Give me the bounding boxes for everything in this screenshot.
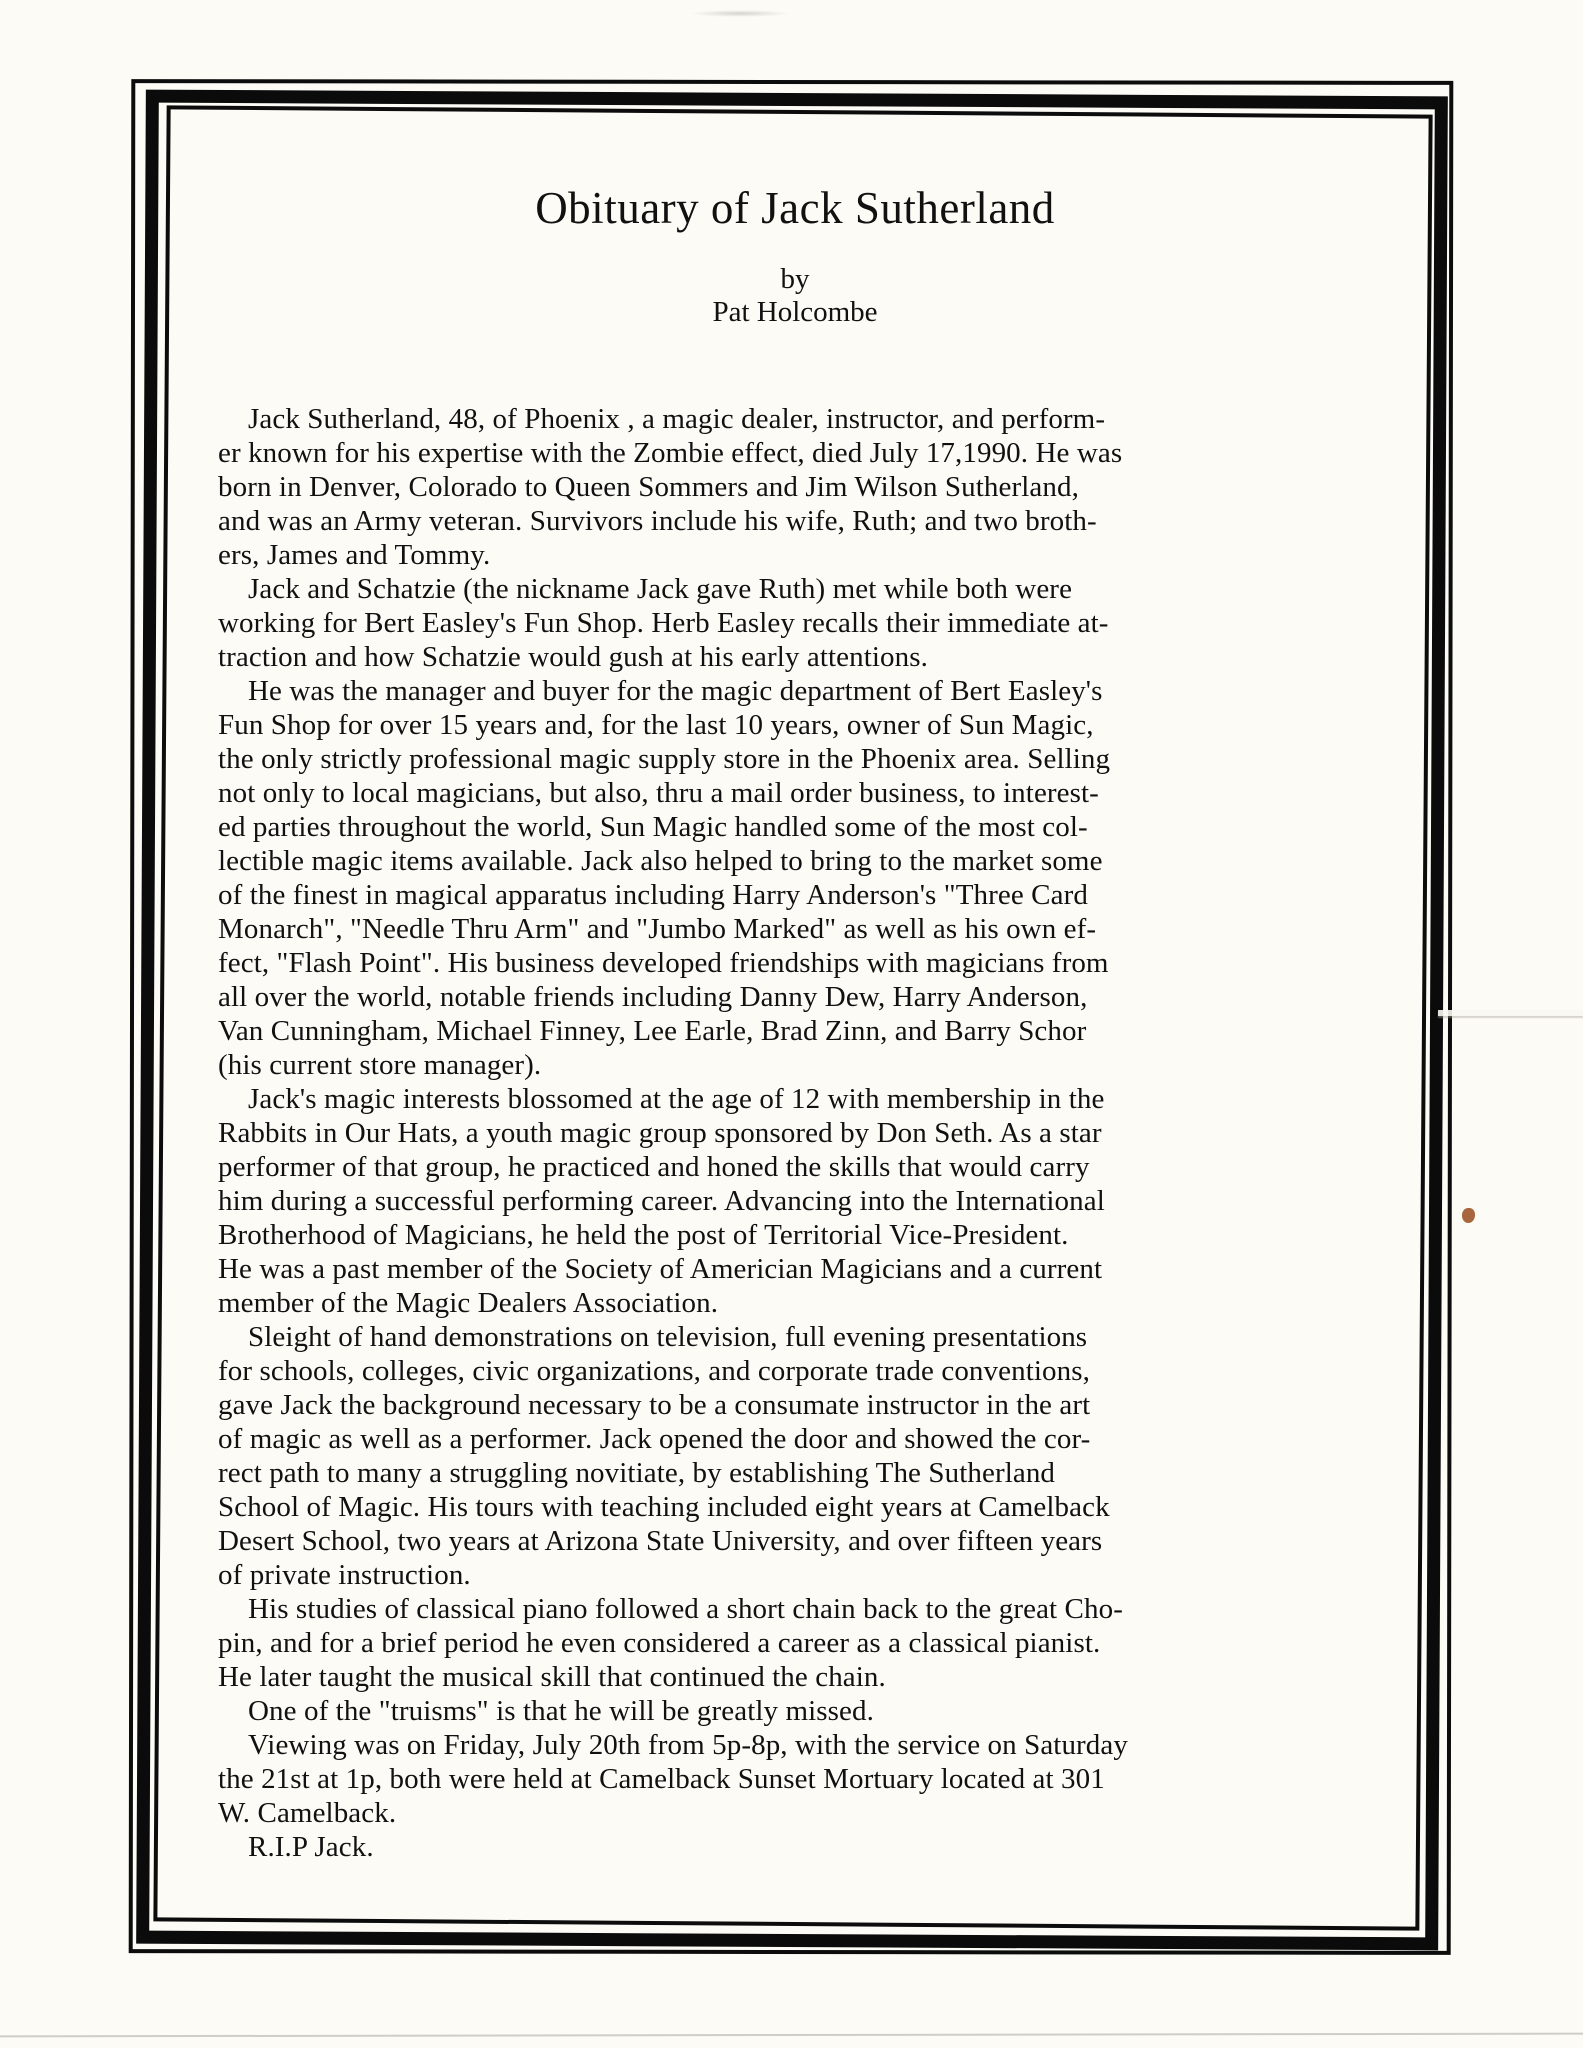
obituary-body: Jack Sutherland, 48, of Phoenix , a magi… bbox=[218, 402, 1322, 1864]
obituary-paragraph-8: Viewing was on Friday, July 20th from 5p… bbox=[218, 1728, 1322, 1830]
scanned-obituary-page: Obituary of Jack Sutherland by Pat Holco… bbox=[0, 0, 1583, 2048]
byline-prefix: by bbox=[220, 263, 1370, 296]
obituary-paragraph-3: He was the manager and buyer for the mag… bbox=[218, 674, 1322, 1082]
ink-speck bbox=[1462, 1208, 1475, 1223]
obituary-paragraph-1: Jack Sutherland, 48, of Phoenix , a magi… bbox=[218, 402, 1322, 572]
scan-fold-streak bbox=[1438, 1010, 1583, 1016]
obituary-paragraph-4: Jack's magic interests blossomed at the … bbox=[218, 1082, 1322, 1320]
obituary-paragraph-5: Sleight of hand demonstrations on televi… bbox=[218, 1320, 1322, 1592]
scan-smudge bbox=[690, 10, 790, 17]
obituary-paragraph-2: Jack and Schatzie (the nickname Jack gav… bbox=[218, 572, 1322, 674]
obituary-paragraph-9: R.I.P Jack. bbox=[218, 1830, 1322, 1864]
author-name: Pat Holcombe bbox=[220, 296, 1370, 329]
obituary-paragraph-7: One of the "truisms" is that he will be … bbox=[218, 1694, 1322, 1728]
obituary-paragraph-6: His studies of classical piano followed … bbox=[218, 1592, 1322, 1694]
document-header: Obituary of Jack Sutherland by Pat Holco… bbox=[220, 183, 1370, 329]
page-title: Obituary of Jack Sutherland bbox=[220, 183, 1370, 233]
scan-edge-line bbox=[0, 2033, 1583, 2038]
